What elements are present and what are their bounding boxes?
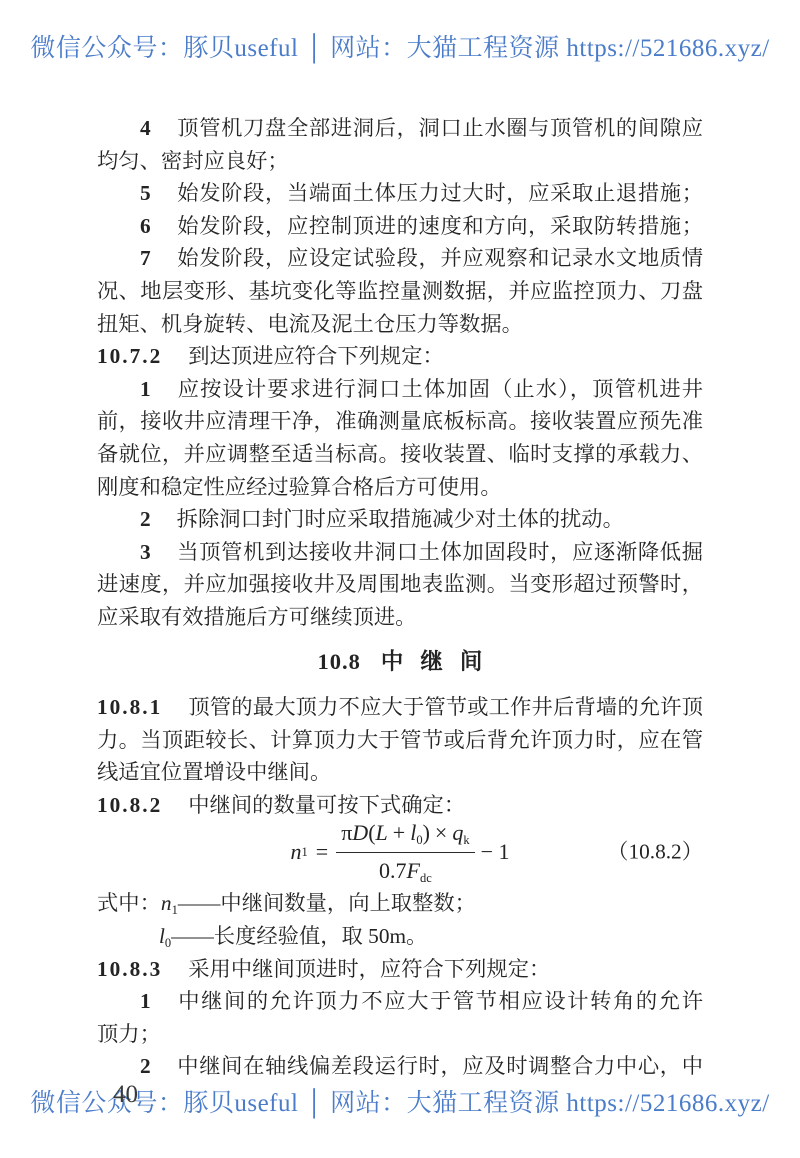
list-number: 1 [140,373,151,406]
line-text: 况、地层变形、基坑变化等监控量测数据，并应监控顶力、刀盘 [97,279,703,303]
list-item-line: 扭矩、机身旋转、电流及泥土仓压力等数据。 [97,308,703,341]
line-text: 当顶管机到达接收井洞口土体加固段时，应逐渐降低掘 [177,540,703,564]
section-title: 中继间 [381,649,500,674]
legend-prefix: 式中： [97,891,161,915]
list-number: 7 [140,242,151,275]
pi-symbol: π [341,820,352,845]
equals-sign: = [316,836,328,869]
page-number: 40 [113,1081,138,1109]
line-text: 进速度，并应加强接收井及周围地表监测。当变形超过预警时， [97,572,703,596]
document-page: 微信公众号：豚贝useful │ 网站：大猫工程资源 https://52168… [0,0,800,1158]
formula-var-n: n [291,836,302,869]
list-item-line: 备就位，并应调整至适当标高。接收装置、临时支撑的承载力、 [97,438,703,471]
list-number: 5 [140,177,151,210]
list-item-line: 2拆除洞口封门时应采取措施减少对土体的扰动。 [97,503,703,536]
list-item-line: 况、地层变形、基坑变化等监控量测数据，并应监控顶力、刀盘 [97,275,703,308]
list-item-line: 顶力； [97,1018,703,1051]
line-text: 中继间在轴线偏差段运行时，应及时调整合力中心，中 [177,1054,703,1078]
line-text: 到达顶进应符合下列规定： [188,344,444,368]
list-item-line: 进速度，并应加强接收井及周围地表监测。当变形超过预警时， [97,568,703,601]
legend-text: ——中继间数量，向上取整数； [178,891,476,915]
line-text: 中继间的允许顶力不应大于管节相应设计转角的允许 [177,989,703,1013]
list-item-line: 1中继间的允许顶力不应大于管节相应设计转角的允许 [97,985,703,1018]
list-item-line: 应采取有效措施后方可继续顶进。 [97,601,703,634]
clause-number: 10.8.1 [97,695,162,719]
list-number: 2 [140,503,151,536]
line-text: 应采取有效措施后方可继续顶进。 [97,605,416,629]
formula-var-q: q [452,820,463,845]
line-text: 始发阶段，当端面土体压力过大时，应采取止退措施； [177,181,703,205]
line-text: 顶管的最大顶力不应大于管节或工作井后背墙的允许顶 [188,695,703,719]
clause-line: 力。当顶距较长、计算顶力大于管节或后背允许顶力时，应在管 [97,724,703,757]
list-item-line: 7始发阶段，应设定试验段，并应观察和记录水文地质情 [97,242,703,275]
formula-var-F: F [406,858,419,883]
clause-line: 10.7.2到达顶进应符合下列规定： [97,340,703,373]
line-text: 备就位，并应调整至适当标高。接收装置、临时支撑的承载力、 [97,442,703,466]
line-text: 顶管机刀盘全部进洞后，洞口止水圈与顶管机的间隙应 [177,116,703,140]
list-item-line: 1应按设计要求进行洞口土体加固（止水），顶管机进井 [97,373,703,406]
clause-number: 10.8.2 [97,793,162,817]
fraction-denominator: 0.7Fdc [336,852,474,888]
clause-line: 10.8.3采用中继间顶进时，应符合下列规定： [97,953,703,986]
formula-sub-k: k [463,833,469,847]
line-text: 应按设计要求进行洞口土体加固（止水），顶管机进井 [177,377,703,401]
line-text: 中继间的数量可按下式确定： [188,793,465,817]
list-number: 3 [140,536,151,569]
plus-sign: + [393,820,405,845]
clause-line: 10.8.1顶管的最大顶力不应大于管节或工作井后背墙的允许顶 [97,691,703,724]
list-item-line: 5始发阶段，当端面土体压力过大时，应采取止退措施； [97,177,703,210]
line-text: 始发阶段，应控制顶进的速度和方向，采取防转措施； [177,214,703,238]
close-paren: ) [423,820,430,845]
watermark-top: 微信公众号：豚贝useful │ 网站：大猫工程资源 https://52168… [0,28,800,64]
line-text: 采用中继间顶进时，应符合下列规定： [188,957,550,981]
line-text: 刚度和稳定性应经过验算合格后方可使用。 [97,475,502,499]
list-number: 2 [140,1050,151,1083]
clause-number: 10.7.2 [97,344,162,368]
clause-number: 10.8.3 [97,957,162,981]
formula-var-L: L [376,820,388,845]
line-text: 前，接收井应清理干净，准确测量底板标高。接收装置应预先准 [97,409,703,433]
watermark-top-text: 微信公众号：豚贝useful │ 网站：大猫工程资源 https://52168… [30,35,769,62]
coefficient: 0.7 [379,858,407,883]
list-item-line: 4顶管机刀盘全部进洞后，洞口止水圈与顶管机的间隙应 [97,112,703,145]
formula-block: n1=πD(L+l0)×qk0.7Fdc− 1 （10.8.2） [97,823,703,881]
list-item-line: 刚度和稳定性应经过验算合格后方可使用。 [97,471,703,504]
line-text: 始发阶段，应设定试验段，并应观察和记录水文地质情 [177,246,703,270]
list-item-line: 均匀、密封应良好； [97,145,703,178]
list-number: 1 [140,985,151,1018]
equation-number: （10.8.2） [607,836,703,869]
legend-text: ——长度经验值，取 50m。 [171,924,427,948]
minus-one: − 1 [481,836,510,869]
list-item-line: 6始发阶段，应控制顶进的速度和方向，采取防转措施； [97,210,703,243]
line-text: 力。当顶距较长、计算顶力大于管节或后背允许顶力时，应在管 [97,728,703,752]
document-body: 4顶管机刀盘全部进洞后，洞口止水圈与顶管机的间隙应 均匀、密封应良好； 5始发阶… [97,112,703,1083]
list-number: 6 [140,210,151,243]
line-text: 均匀、密封应良好； [97,149,289,173]
list-number: 4 [140,112,151,145]
section-heading: 10.8中继间 [97,646,703,679]
legend-var-n: n [161,891,172,915]
section-number: 10.8 [318,649,361,674]
line-text: 拆除洞口封门时应采取措施减少对土体的扰动。 [177,507,624,531]
legend-line: l0——长度经验值，取 50m。 [97,920,703,953]
watermark-bottom-text: 微信公众号：豚贝useful │ 网站：大猫工程资源 https://52168… [30,1090,769,1117]
list-item-line: 3当顶管机到达接收井洞口土体加固段时，应逐渐降低掘 [97,536,703,569]
line-text: 顶力； [97,1022,161,1046]
line-text: 扭矩、机身旋转、电流及泥土仓压力等数据。 [97,312,523,336]
formula-var-D: D [352,820,368,845]
formula: n1=πD(L+l0)×qk0.7Fdc− 1 [291,817,510,887]
fraction: πD(L+l0)×qk0.7Fdc [336,817,474,887]
fraction-numerator: πD(L+l0)×qk [336,817,474,852]
list-item-line: 2中继间在轴线偏差段运行时，应及时调整合力中心，中 [97,1050,703,1083]
line-text: 线适宜位置增设中继间。 [97,760,331,784]
clause-line: 线适宜位置增设中继间。 [97,756,703,789]
open-paren: ( [368,820,375,845]
formula-sub-dc: dc [420,871,432,885]
list-item-line: 前，接收井应清理干净，准确测量底板标高。接收装置应预先准 [97,405,703,438]
legend-line: 式中：n1——中继间数量，向上取整数； [97,887,703,920]
times-sign: × [435,820,447,845]
